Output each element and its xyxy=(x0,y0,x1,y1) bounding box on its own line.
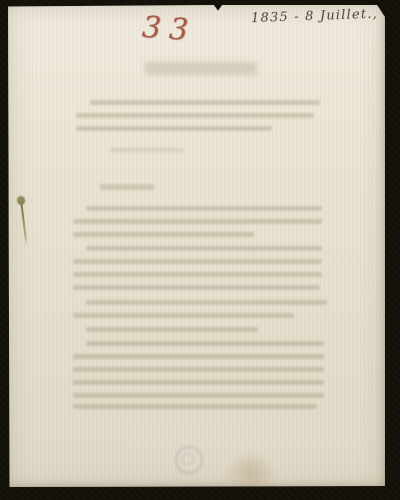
scanned-document-photo: 33 1835 - 8 Juillet., xyxy=(0,0,400,500)
straight-pin xyxy=(13,195,36,253)
ghost-text-line xyxy=(90,100,320,105)
ghost-salutation-line xyxy=(100,184,154,190)
ghost-text-line xyxy=(73,354,324,359)
ghost-text-line xyxy=(86,300,327,305)
embossed-stamp xyxy=(175,446,203,474)
ghost-text-line xyxy=(73,232,254,237)
ghost-text-line xyxy=(86,206,322,211)
ghost-text-line xyxy=(86,246,322,251)
ghost-text-line xyxy=(73,272,322,277)
ghost-text-line xyxy=(86,341,324,346)
pin-shaft xyxy=(20,204,27,246)
page-number-annotation: 33 xyxy=(141,10,197,49)
ghost-text-line xyxy=(86,327,258,332)
paper-page: 33 1835 - 8 Juillet., xyxy=(8,5,385,487)
ghost-text-line xyxy=(73,380,324,385)
ghost-text-line xyxy=(110,148,184,152)
stamp-inner-ring xyxy=(182,453,194,465)
ghost-text-line xyxy=(76,113,314,118)
ghost-text-line xyxy=(73,313,294,318)
ghost-text-line xyxy=(76,126,272,131)
ghost-text-line xyxy=(73,259,322,264)
date-annotation: 1835 - 8 Juillet., xyxy=(251,7,378,26)
ghost-text-line xyxy=(73,367,324,372)
ghost-text-line xyxy=(73,219,322,224)
ghost-text-line xyxy=(73,285,320,290)
ghost-text-line xyxy=(73,404,317,409)
ghost-text-line xyxy=(73,393,324,398)
ghost-title-line xyxy=(145,62,257,75)
ink-smudge xyxy=(226,451,276,493)
